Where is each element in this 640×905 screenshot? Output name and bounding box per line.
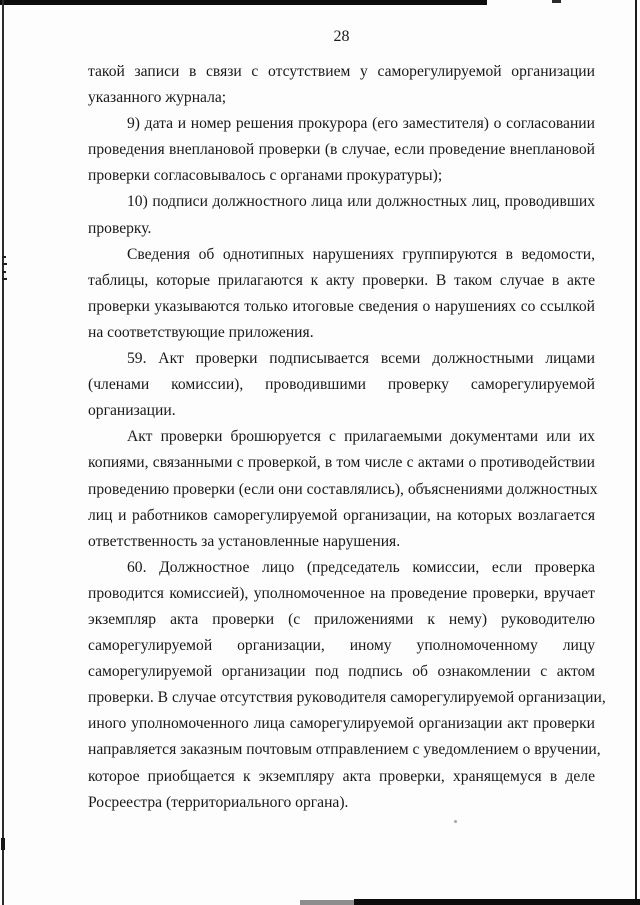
- text-line: проводится комиссией), уполномоченное на…: [88, 581, 595, 607]
- scan-tick: [2, 256, 6, 258]
- text-line: Росреестра (территориального органа).: [88, 790, 595, 816]
- scan-edge-bottom: [354, 899, 640, 905]
- scan-speck: [454, 820, 457, 823]
- scan-edge-bottom-gray: [300, 900, 355, 905]
- scan-edge-right: [635, 0, 637, 905]
- paragraph: Сведения об однотипных нарушениях группи…: [88, 242, 595, 346]
- text-line: на соответствующие приложения.: [88, 320, 595, 346]
- text-line: проведения внеплановой проверки (в случа…: [88, 137, 595, 163]
- text-block: такой записи в связи с отсутствием у сам…: [88, 59, 595, 816]
- text-line: ответственность за установленные нарушен…: [88, 529, 595, 555]
- text-line: 59. Акт проверки подписывается всеми дол…: [88, 346, 595, 372]
- text-line: проверки указываются только итоговые све…: [88, 294, 595, 320]
- paragraph: 60. Должностное лицо (председатель комис…: [88, 555, 595, 816]
- text-line: организации.: [88, 398, 595, 424]
- text-line: указанного журнала;: [88, 85, 595, 111]
- paragraph: 10) подписи должностного лица или должно…: [88, 189, 595, 241]
- text-line: направляется заказным почтовым отправлен…: [88, 737, 595, 763]
- text-line: копиями, связанными с проверкой, в том ч…: [88, 450, 595, 476]
- scan-tick: [1, 838, 5, 850]
- text-line: Акт проверки брошюруется с прилагаемыми …: [88, 424, 595, 450]
- scan-speck-top: [552, 0, 561, 3]
- text-line: которое приобщается к экземпляру акта пр…: [88, 764, 595, 790]
- text-line: (членами комиссии), проводившими проверк…: [88, 372, 595, 398]
- paragraph: такой записи в связи с отсутствием у сам…: [88, 59, 595, 111]
- text-line: лиц и работников саморегулируемой органи…: [88, 503, 595, 529]
- text-line: проверки. В случае отсутствия руководите…: [88, 685, 595, 711]
- scan-tick: [2, 278, 7, 280]
- document-page: 28 такой записи в связи с отсутствием у …: [0, 0, 640, 905]
- text-line: проведению проверки (если они составляли…: [88, 477, 595, 503]
- text-line: проверки согласовывалось с органами прок…: [88, 163, 595, 189]
- paragraph: 59. Акт проверки подписывается всеми дол…: [88, 346, 595, 424]
- scan-tick: [2, 271, 6, 273]
- text-line: такой записи в связи с отсутствием у сам…: [88, 59, 595, 85]
- scan-edge-top: [0, 0, 487, 5]
- scan-tick: [2, 263, 7, 265]
- text-line: экземпляр акта проверки (с приложениями …: [88, 607, 595, 633]
- scan-edge-left: [2, 0, 4, 905]
- text-line: Сведения об однотипных нарушениях группи…: [88, 242, 595, 268]
- text-line: 60. Должностное лицо (председатель комис…: [88, 555, 595, 581]
- paragraph: Акт проверки брошюруется с прилагаемыми …: [88, 424, 595, 554]
- text-line: саморегулируемой организации под подпись…: [88, 659, 595, 685]
- text-line: проверку.: [88, 216, 595, 242]
- text-line: иного уполномоченного лица саморегулируе…: [88, 711, 595, 737]
- text-line: 9) дата и номер решения прокурора (его з…: [88, 111, 595, 137]
- text-line: 10) подписи должностного лица или должно…: [88, 189, 595, 215]
- text-line: таблицы, которые прилагаются к акту пров…: [88, 268, 595, 294]
- page-number: 28: [88, 28, 595, 46]
- text-line: саморегулируемой организации, иному упол…: [88, 633, 595, 659]
- paragraph: 9) дата и номер решения прокурора (его з…: [88, 111, 595, 189]
